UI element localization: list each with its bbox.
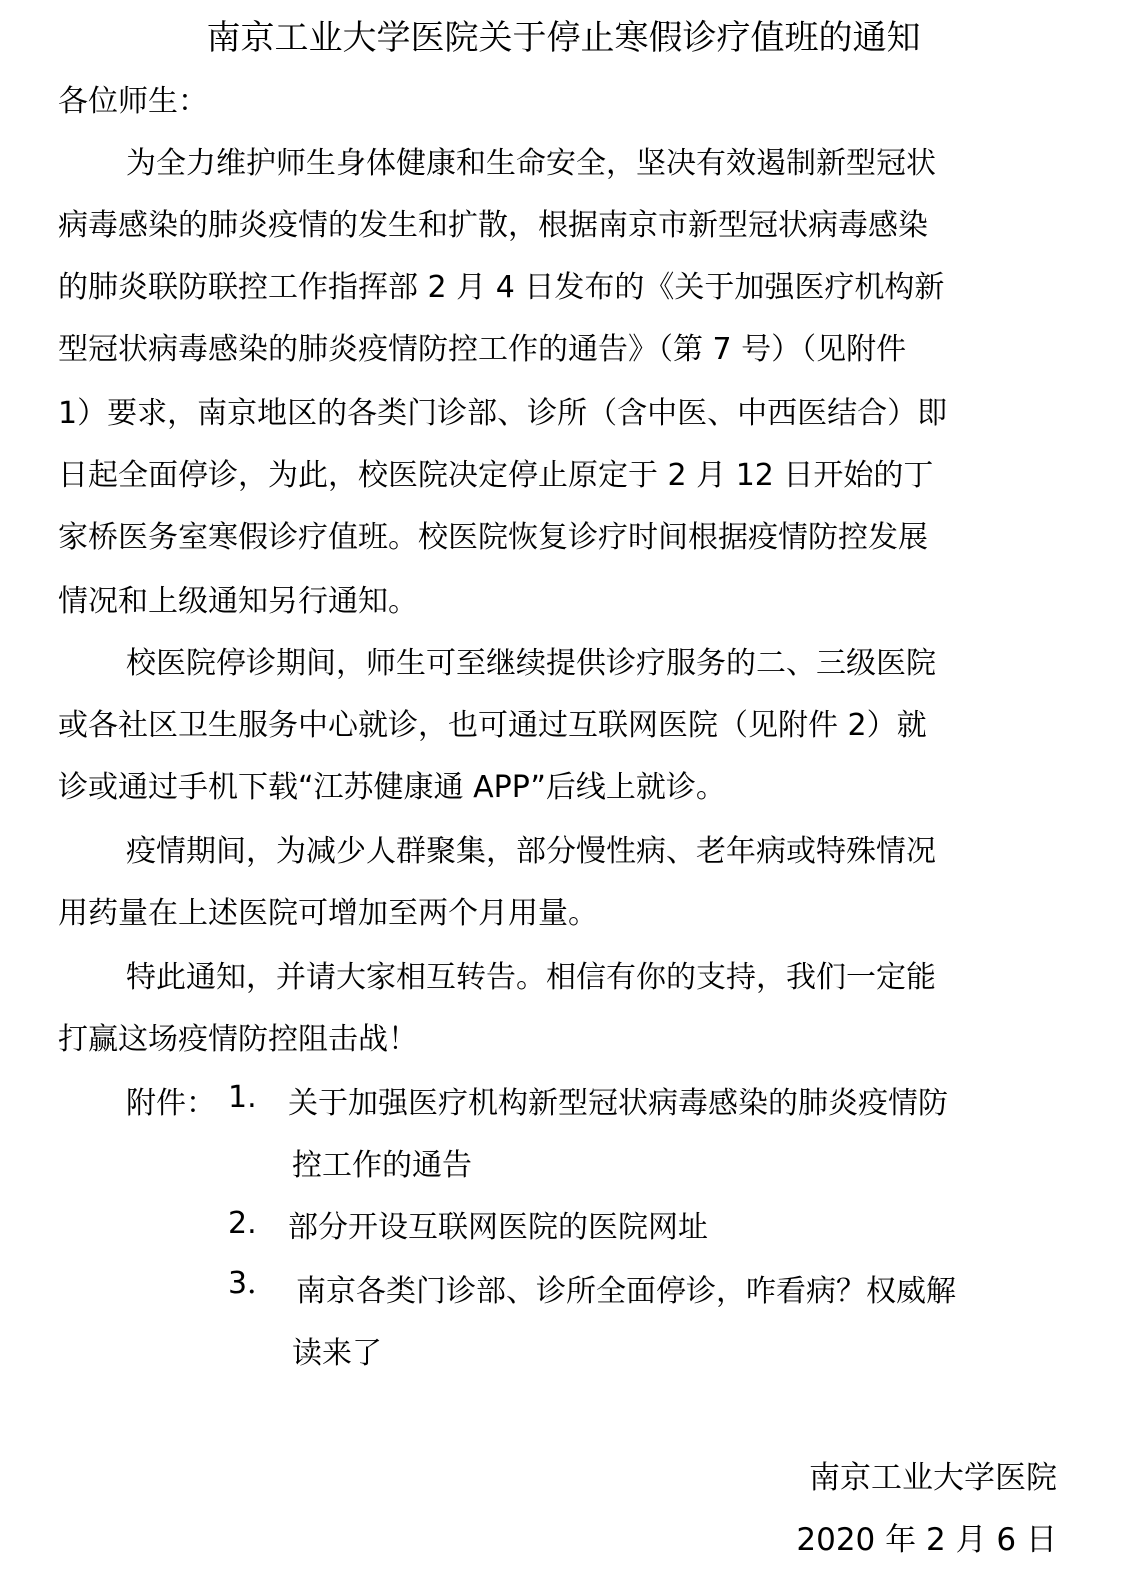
- salutation: 各位师生：: [58, 82, 208, 122]
- paragraph-line: 为全力维护师生身体健康和生命安全，坚决有效遏制新型冠状: [126, 144, 936, 184]
- paragraph-line: 校医院停诊期间，师生可至继续提供诊疗服务的二、三级医院: [126, 644, 936, 684]
- paragraph-line: 用药量在上述医院可增加至两个月用量。: [58, 894, 598, 934]
- attachment-number: 2.: [228, 1204, 257, 1244]
- attachments-label: 附件：: [126, 1084, 216, 1124]
- attachment-link-1[interactable]: 关于加强医疗机构新型冠状病毒感染的肺炎疫情防: [288, 1084, 948, 1124]
- signature-organization: 南京工业大学医院: [809, 1458, 1057, 1498]
- paragraph-line: 特此通知，并请大家相互转告。相信有你的支持，我们一定能: [126, 958, 936, 998]
- paragraph-line: 家桥医务室寒假诊疗值班。校医院恢复诊疗时间根据疫情防控发展: [58, 518, 928, 558]
- attachment-link-3-cont[interactable]: 读来了: [292, 1334, 382, 1374]
- attachment-link-1-cont[interactable]: 控工作的通告: [292, 1146, 472, 1186]
- paragraph-line: 1）要求，南京地区的各类门诊部、诊所（含中医、中西医结合）即: [58, 394, 947, 434]
- paragraph-line: 情况和上级通知另行通知。: [58, 582, 418, 622]
- paragraph-line: 日起全面停诊，为此，校医院决定停止原定于 2 月 12 日开始的丁: [58, 456, 933, 496]
- paragraph-line: 诊或通过手机下载“江苏健康通 APP”后线上就诊。: [58, 768, 726, 808]
- paragraph-line: 疫情期间，为减少人群聚集，部分慢性病、老年病或特殊情况: [126, 832, 936, 872]
- attachment-number: 3．: [228, 1264, 277, 1304]
- paragraph-line: 打赢这场疫情防控阻击战！: [58, 1020, 418, 1060]
- paragraph-line: 或各社区卫生服务中心就诊，也可通过互联网医院（见附件 2）就: [58, 706, 927, 746]
- document-title: 南京工业大学医院关于停止寒假诊疗值班的通知: [0, 14, 1127, 62]
- attachment-number: 1.: [228, 1078, 257, 1118]
- signature-date: 2020 年 2 月 6 日: [796, 1520, 1057, 1560]
- paragraph-line: 病毒感染的肺炎疫情的发生和扩散，根据南京市新型冠状病毒感染: [58, 206, 928, 246]
- attachment-link-3[interactable]: 南京各类门诊部、诊所全面停诊，咋看病？权威解: [296, 1272, 956, 1312]
- paragraph-line: 型冠状病毒感染的肺炎疫情防控工作的通告》（第 7 号）（见附件: [58, 330, 906, 370]
- paragraph-line: 的肺炎联防联控工作指挥部 2 月 4 日发布的《关于加强医疗机构新: [58, 268, 944, 308]
- attachment-link-2[interactable]: 部分开设互联网医院的医院网址: [288, 1208, 708, 1248]
